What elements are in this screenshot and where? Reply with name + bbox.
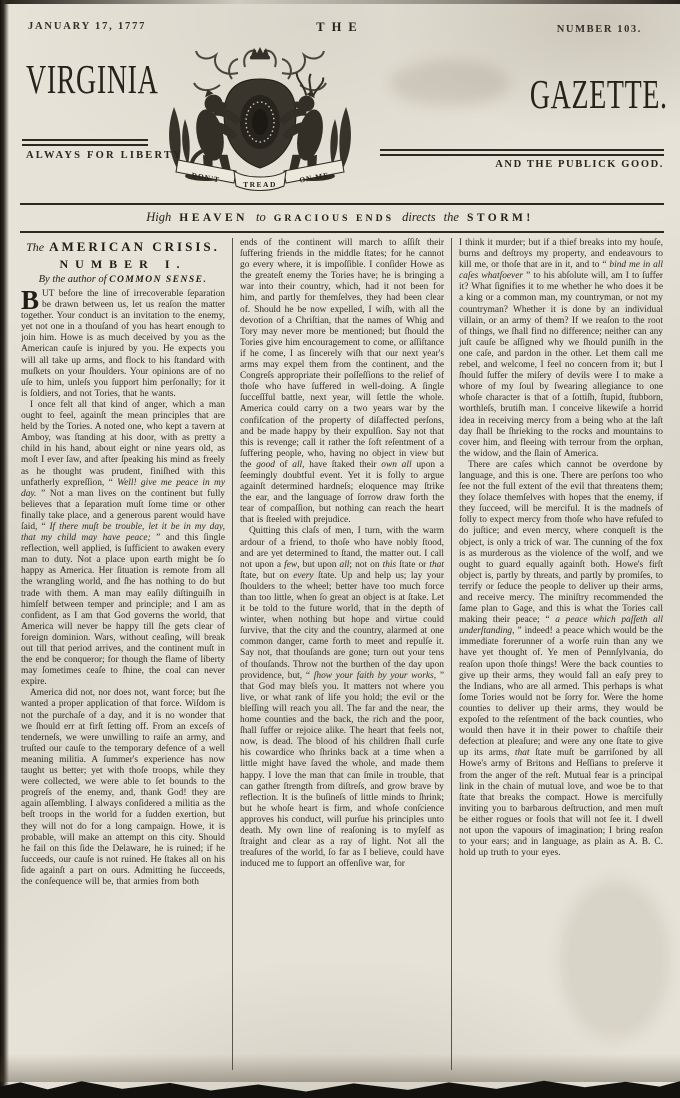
paper-stain (560, 880, 670, 1040)
drop-cap: B (21, 289, 42, 311)
article-number: NUMBER I. (21, 257, 225, 272)
paper-stain (390, 60, 510, 106)
paragraph: I think it murder; but if a thief breaks… (459, 238, 663, 460)
motto-rule-top (20, 203, 664, 205)
slogan-publick-good: AND THE PUBLICK GOOD. (495, 159, 664, 170)
article-title-main: AMERICAN CRISIS. (49, 239, 220, 254)
byline-prefix: By the author of (39, 274, 107, 285)
masthead-rule (22, 139, 148, 141)
paragraph: BUT before the line of irrecoverable ſep… (21, 289, 225, 400)
paragraph: I once felt all that kind of anger, whic… (21, 400, 225, 688)
slogan-liberty: ALWAYS FOR LIBERTY (26, 150, 183, 161)
motto-rule-bottom (20, 231, 664, 233)
masthead-rule (380, 149, 664, 151)
masthead-rule (380, 154, 664, 156)
column-3-text: I think it murder; but if a thief breaks… (459, 238, 663, 859)
article-title: TheAMERICAN CRISIS. (21, 239, 225, 255)
ribbon-text-center: TREAD (243, 180, 277, 189)
column-1: TheAMERICAN CRISIS. NUMBER I. By the aut… (21, 238, 225, 1070)
paragraph: There are caſes which cannot be overdone… (459, 460, 663, 859)
torn-edge-shadow (0, 1054, 680, 1082)
masthead-rule (22, 144, 148, 146)
top-edge (0, 0, 680, 4)
issue-number: NUMBER 103. (557, 24, 642, 35)
article-title-the: The (26, 240, 44, 254)
binding-edge (0, 0, 9, 1098)
motto: HighHEAVENtoGRACIOUS ENDSdirectstheSTORM… (0, 208, 680, 226)
article-byline: By the author of COMMON SENSE. (21, 274, 225, 285)
newspaper-page: JANUARY 17, 1777 THE NUMBER 103. VIRGINI… (0, 0, 680, 1098)
paragraph: America did not, nor does not, want forc… (21, 688, 225, 888)
paper-stain (250, 560, 410, 780)
byline-author: COMMON SENSE. (109, 275, 207, 285)
coat-of-arms: DON'T TREAD ON ME (150, 42, 370, 196)
column-1-text: BUT before the line of irrecoverable ſep… (21, 289, 225, 888)
paragraph: ends of the continent will march to aſſi… (240, 238, 444, 526)
crown-icon (250, 47, 270, 59)
masthead-title-gazette: GAZETTE. (530, 70, 668, 118)
masthead-title-virginia: VIRGINIA (26, 55, 158, 103)
